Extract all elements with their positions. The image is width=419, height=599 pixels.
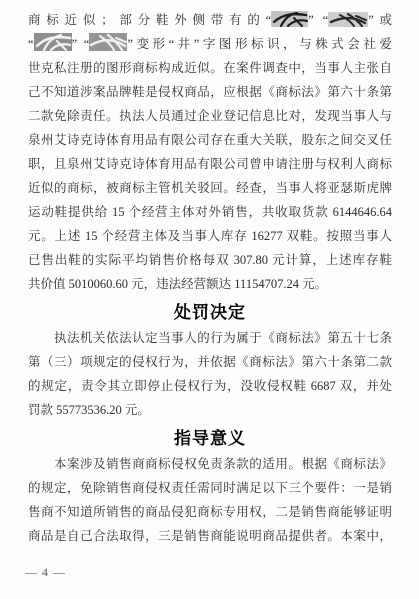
paragraph1-line8: 近似的商标，被商标主管机关驳回。经查，当事人将亚瑟斯虎牌 bbox=[28, 176, 392, 200]
section-heading-penalty-decision: 处罚决定 bbox=[28, 299, 392, 326]
paragraph2-line3: 的规定，责令其立即停止侵权行为，没收侵权鞋 6687 双，并处 bbox=[28, 374, 392, 398]
text-run: ” “ bbox=[308, 13, 328, 27]
text-run: ”变形“井”字图形标识，与株式会社爱 bbox=[127, 37, 392, 51]
paragraph2-line4: 罚款 55773536.20 元。 bbox=[28, 398, 392, 422]
document-page: 商标近似；部分鞋外侧带有的“” “”或 “” “”变形“井”字图形标识，与株式会… bbox=[0, 0, 419, 599]
paragraph1-line12: 共价值 5010060.60 元，违法经营额达 11154707.24 元。 bbox=[28, 272, 392, 296]
paragraph1-line2: “” “”变形“井”字图形标识，与株式会社爱 bbox=[28, 32, 392, 56]
text-run: ” “ bbox=[72, 37, 90, 51]
text-run: 商标近似；部分鞋外侧带有的“ bbox=[28, 13, 271, 27]
paragraph1-line9: 运动鞋提供给 15 个经营主体对外销售，共收取货款 6144646.64 bbox=[28, 200, 392, 224]
paragraph3-line1: 本案涉及销售商商标侵权免责条款的适用。根据《商标法》 bbox=[28, 452, 392, 476]
paragraph1-line6: 泉州艾诗克诗体育用品有限公司存在重大关联，股东之间交叉任 bbox=[28, 128, 392, 152]
paragraph1-line7: 职，且泉州艾诗克诗体育用品有限公司曾申请注册与权利人商标 bbox=[28, 152, 392, 176]
section-heading-guiding-significance: 指导意义 bbox=[28, 425, 392, 452]
paragraph1-line3: 世克私注册的图形商标构成近似。在案件调查中，当事人主张自 bbox=[28, 56, 392, 80]
paragraph2-line1: 执法机关依法认定当事人的行为属于《商标法》第五十七条 bbox=[28, 326, 392, 350]
paragraph1-line1: 商标近似；部分鞋外侧带有的“” “”或 bbox=[28, 8, 392, 32]
paragraph3-line3: 售商不知道所销售的商品侵犯商标专用权，二是销售商能够证明 bbox=[28, 500, 392, 524]
trademark-logo-icon-3 bbox=[34, 33, 72, 51]
trademark-logo-icon-1 bbox=[271, 11, 308, 27]
paragraph1-line5: 二款免除责任。执法人员通过企业登记信息比对，发现当事人与 bbox=[28, 104, 392, 128]
paragraph2-line2: 第（三）项规定的侵权行为，并依据《商标法》第六十条第二款 bbox=[28, 350, 392, 374]
paragraph1-line4: 己不知道涉案品牌鞋是侵权商品，应根据《商标法》第六十条第 bbox=[28, 80, 392, 104]
trademark-logo-icon-2 bbox=[328, 12, 368, 27]
text-run: ”或 bbox=[368, 13, 392, 27]
paragraph1-line10: 元。上述 15 个经营主体及当事人库存 16277 双鞋。按照当事人 bbox=[28, 224, 392, 248]
paragraph3-line4: 商品是自己合法取得，三是销售商能说明商品提供者。本案中， bbox=[28, 524, 392, 548]
document-body: 商标近似；部分鞋外侧带有的“” “”或 “” “”变形“井”字图形标识，与株式会… bbox=[28, 8, 392, 548]
page-number: — 4 — bbox=[25, 565, 66, 580]
trademark-logo-icon-4 bbox=[89, 33, 127, 51]
paragraph1-line11: 已售出鞋的实际平均销售价格每双 307.80 元计算，上述库存鞋 bbox=[28, 248, 392, 272]
paragraph3-line2: 的规定，免除销售商侵权责任需同时满足以下三个要件：一是销 bbox=[28, 476, 392, 500]
